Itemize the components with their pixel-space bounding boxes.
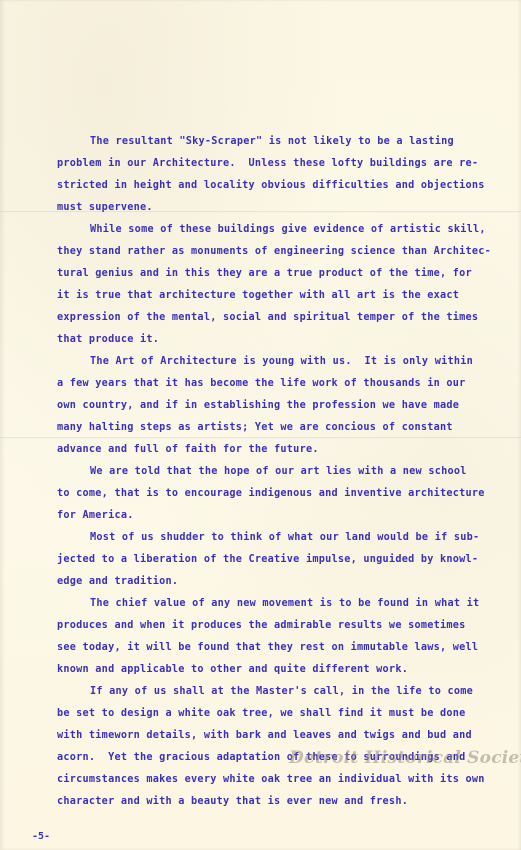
text-line: be set to design a white oak tree, we sh…	[57, 703, 507, 725]
text-line: produces and when it produces the admira…	[57, 615, 507, 637]
text-line: The chief value of any new movement is t…	[57, 593, 507, 615]
text-line: circumstances makes every white oak tree…	[57, 769, 507, 791]
text-line: While some of these buildings give evide…	[57, 219, 507, 241]
text-line: problem in our Architecture. Unless thes…	[57, 153, 507, 175]
text-line: If any of us shall at the Master's call,…	[57, 681, 507, 703]
text-line: to come, that is to encourage indigenous…	[57, 483, 507, 505]
text-line: character and with a beauty that is ever…	[57, 791, 507, 813]
paragraph-new-school: We are told that the hope of our art lie…	[57, 461, 507, 527]
paragraph-artistic-skill: While some of these buildings give evide…	[57, 219, 507, 351]
watermark: Detroit Historical Society	[289, 748, 521, 768]
text-line: many halting steps as artists; Yet we ar…	[57, 417, 507, 439]
text-line: that produce it.	[57, 329, 507, 351]
text-line: they stand rather as monuments of engine…	[57, 241, 507, 263]
text-line: a few years that it has become the life …	[57, 373, 507, 395]
text-line: edge and tradition.	[57, 571, 507, 593]
text-line: own country, and if in establishing the …	[57, 395, 507, 417]
text-line: must supervene.	[57, 197, 507, 219]
text-line: The resultant "Sky-Scraper" is not likel…	[57, 131, 507, 153]
text-line: advance and full of faith for the future…	[57, 439, 507, 461]
paragraph-skyscraper: The resultant "Sky-Scraper" is not likel…	[57, 131, 507, 219]
text-line: tural genius and in this they are a true…	[57, 263, 507, 285]
text-line: expression of the mental, social and spi…	[57, 307, 507, 329]
paragraph-creative-impulse: Most of us shudder to think of what our …	[57, 527, 507, 593]
text-line: We are told that the hope of our art lie…	[57, 461, 507, 483]
paragraph-art-of-architecture: The Art of Architecture is young with us…	[57, 351, 507, 461]
text-line: with timeworn details, with bark and lea…	[57, 725, 507, 747]
document-body: The resultant "Sky-Scraper" is not likel…	[57, 131, 507, 813]
page-number: -5-	[32, 831, 50, 842]
text-line: known and applicable to other and quite …	[57, 659, 507, 681]
paragraph-white-oak: If any of us shall at the Master's call,…	[57, 681, 507, 813]
paragraph-new-movement: The chief value of any new movement is t…	[57, 593, 507, 681]
text-line: it is true that architecture together wi…	[57, 285, 507, 307]
text-line: stricted in height and locality obvious …	[57, 175, 507, 197]
text-line: Most of us shudder to think of what our …	[57, 527, 507, 549]
text-line: The Art of Architecture is young with us…	[57, 351, 507, 373]
text-line: for America.	[57, 505, 507, 527]
text-line: see today, it will be found that they re…	[57, 637, 507, 659]
typewritten-page: The resultant "Sky-Scraper" is not likel…	[0, 0, 521, 850]
text-line: jected to a liberation of the Creative i…	[57, 549, 507, 571]
